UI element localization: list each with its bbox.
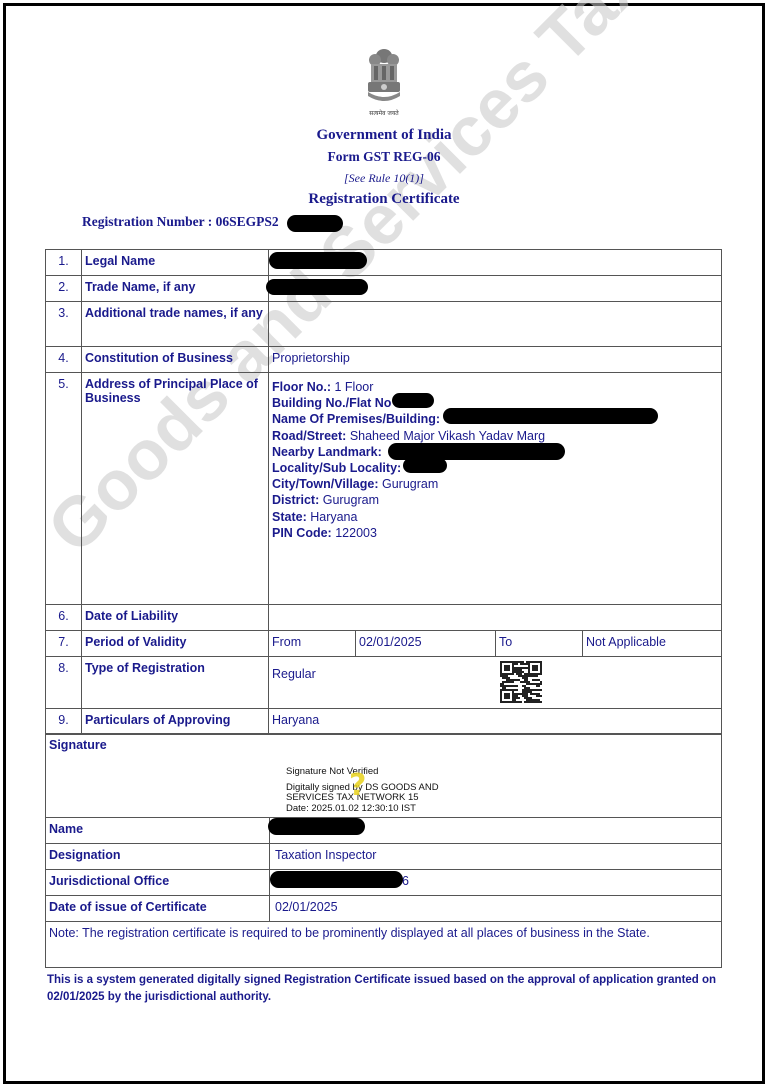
address-line: State: Haryana	[272, 509, 718, 525]
row-number: 1.	[46, 250, 82, 276]
table-row: 8. Type of Registration Regular	[46, 657, 722, 709]
address-line: PIN Code: 122003	[272, 525, 718, 541]
row-label: Constitution of Business	[82, 347, 269, 373]
validity-to-label: To	[496, 631, 583, 657]
table-row: Designation Taxation Inspector	[46, 844, 722, 870]
address-line: Locality/Sub Locality:	[272, 460, 718, 476]
redaction-mark	[392, 393, 434, 408]
row-label: Type of Registration	[82, 657, 269, 709]
footer-statement: This is a system generated digitally sig…	[47, 972, 727, 1006]
row-number: 9.	[46, 709, 82, 735]
registration-number: Registration Number : 06SEGPS2	[82, 214, 279, 230]
issue-date-label: Date of issue of Certificate	[46, 896, 270, 922]
validity-to-value: Not Applicable	[583, 631, 722, 657]
validity-from-date: 02/01/2025	[356, 631, 496, 657]
address-line: Floor No.: 1 Floor	[272, 379, 718, 395]
row-number: 2.	[46, 276, 82, 302]
form-heading: Form GST REG-06	[0, 149, 768, 165]
rule-reference: [See Rule 10(1)]	[0, 171, 768, 186]
officer-name-label: Name	[46, 818, 270, 844]
row-label: Trade Name, if any	[82, 276, 269, 302]
registration-details-table: 1. Legal Name 2. Trade Name, if any 3. A…	[45, 249, 722, 735]
row-label: Address of Principal Place of Business	[82, 373, 269, 605]
redaction-mark	[443, 408, 658, 424]
designation-value: Taxation Inspector	[270, 844, 722, 870]
redaction-mark	[270, 871, 403, 888]
table-row: 3. Additional trade names, if any	[46, 302, 722, 347]
row-number: 4.	[46, 347, 82, 373]
government-heading: Government of India	[0, 127, 768, 144]
validity-from-label: From	[269, 631, 356, 657]
certificate-title: Registration Certificate	[0, 191, 768, 208]
row-label: Date of Liability	[82, 605, 269, 631]
row-label: Legal Name	[82, 250, 269, 276]
address-line: Road/Street: Shaheed Major Vikash Yadav …	[272, 428, 718, 444]
table-row: 9. Particulars of Approving Haryana	[46, 709, 722, 735]
note-row: Note: The registration certificate is re…	[46, 922, 722, 968]
jurisdictional-office-label: Jurisdictional Office	[46, 870, 270, 896]
table-row: 7. Period of Validity From 02/01/2025 To…	[46, 631, 722, 657]
row-number: 3.	[46, 302, 82, 347]
redaction-mark	[287, 215, 343, 232]
redaction-mark	[268, 818, 365, 835]
row-number: 5.	[46, 373, 82, 605]
approving-authority-value: Haryana	[269, 709, 722, 735]
date-of-liability-value	[269, 605, 722, 631]
registration-type-value: Regular	[269, 657, 722, 709]
table-row: Date of issue of Certificate 02/01/2025	[46, 896, 722, 922]
designation-label: Designation	[46, 844, 270, 870]
issue-date-value: 02/01/2025	[270, 896, 722, 922]
table-row: Name	[46, 818, 722, 844]
table-row: 2. Trade Name, if any	[46, 276, 722, 302]
signature-unverified-icon[interactable]: ?	[349, 768, 366, 803]
table-row: 1. Legal Name	[46, 250, 722, 276]
table-row: 4. Constitution of Business Proprietorsh…	[46, 347, 722, 373]
redaction-mark	[403, 458, 447, 473]
row-number: 7.	[46, 631, 82, 657]
note-text: Note: The registration certificate is re…	[46, 922, 722, 968]
redaction-mark	[269, 252, 367, 269]
national-emblem-icon	[362, 46, 406, 108]
constitution-value: Proprietorship	[269, 347, 722, 373]
qr-code-icon	[500, 661, 542, 703]
redaction-mark	[266, 279, 368, 295]
table-row: 6. Date of Liability	[46, 605, 722, 631]
signature-line: Date: 2025.01.02 12:30:10 IST	[286, 804, 439, 815]
emblem-caption: सत्यमेव जयते	[354, 109, 414, 117]
additional-trade-names-value	[269, 302, 722, 347]
row-label: Additional trade names, if any	[82, 302, 269, 347]
row-label: Particulars of Approving	[82, 709, 269, 735]
address-line: District: Gurugram	[272, 492, 718, 508]
row-number: 6.	[46, 605, 82, 631]
row-number: 8.	[46, 657, 82, 709]
row-label: Period of Validity	[82, 631, 269, 657]
address-line: City/Town/Village: Gurugram	[272, 476, 718, 492]
